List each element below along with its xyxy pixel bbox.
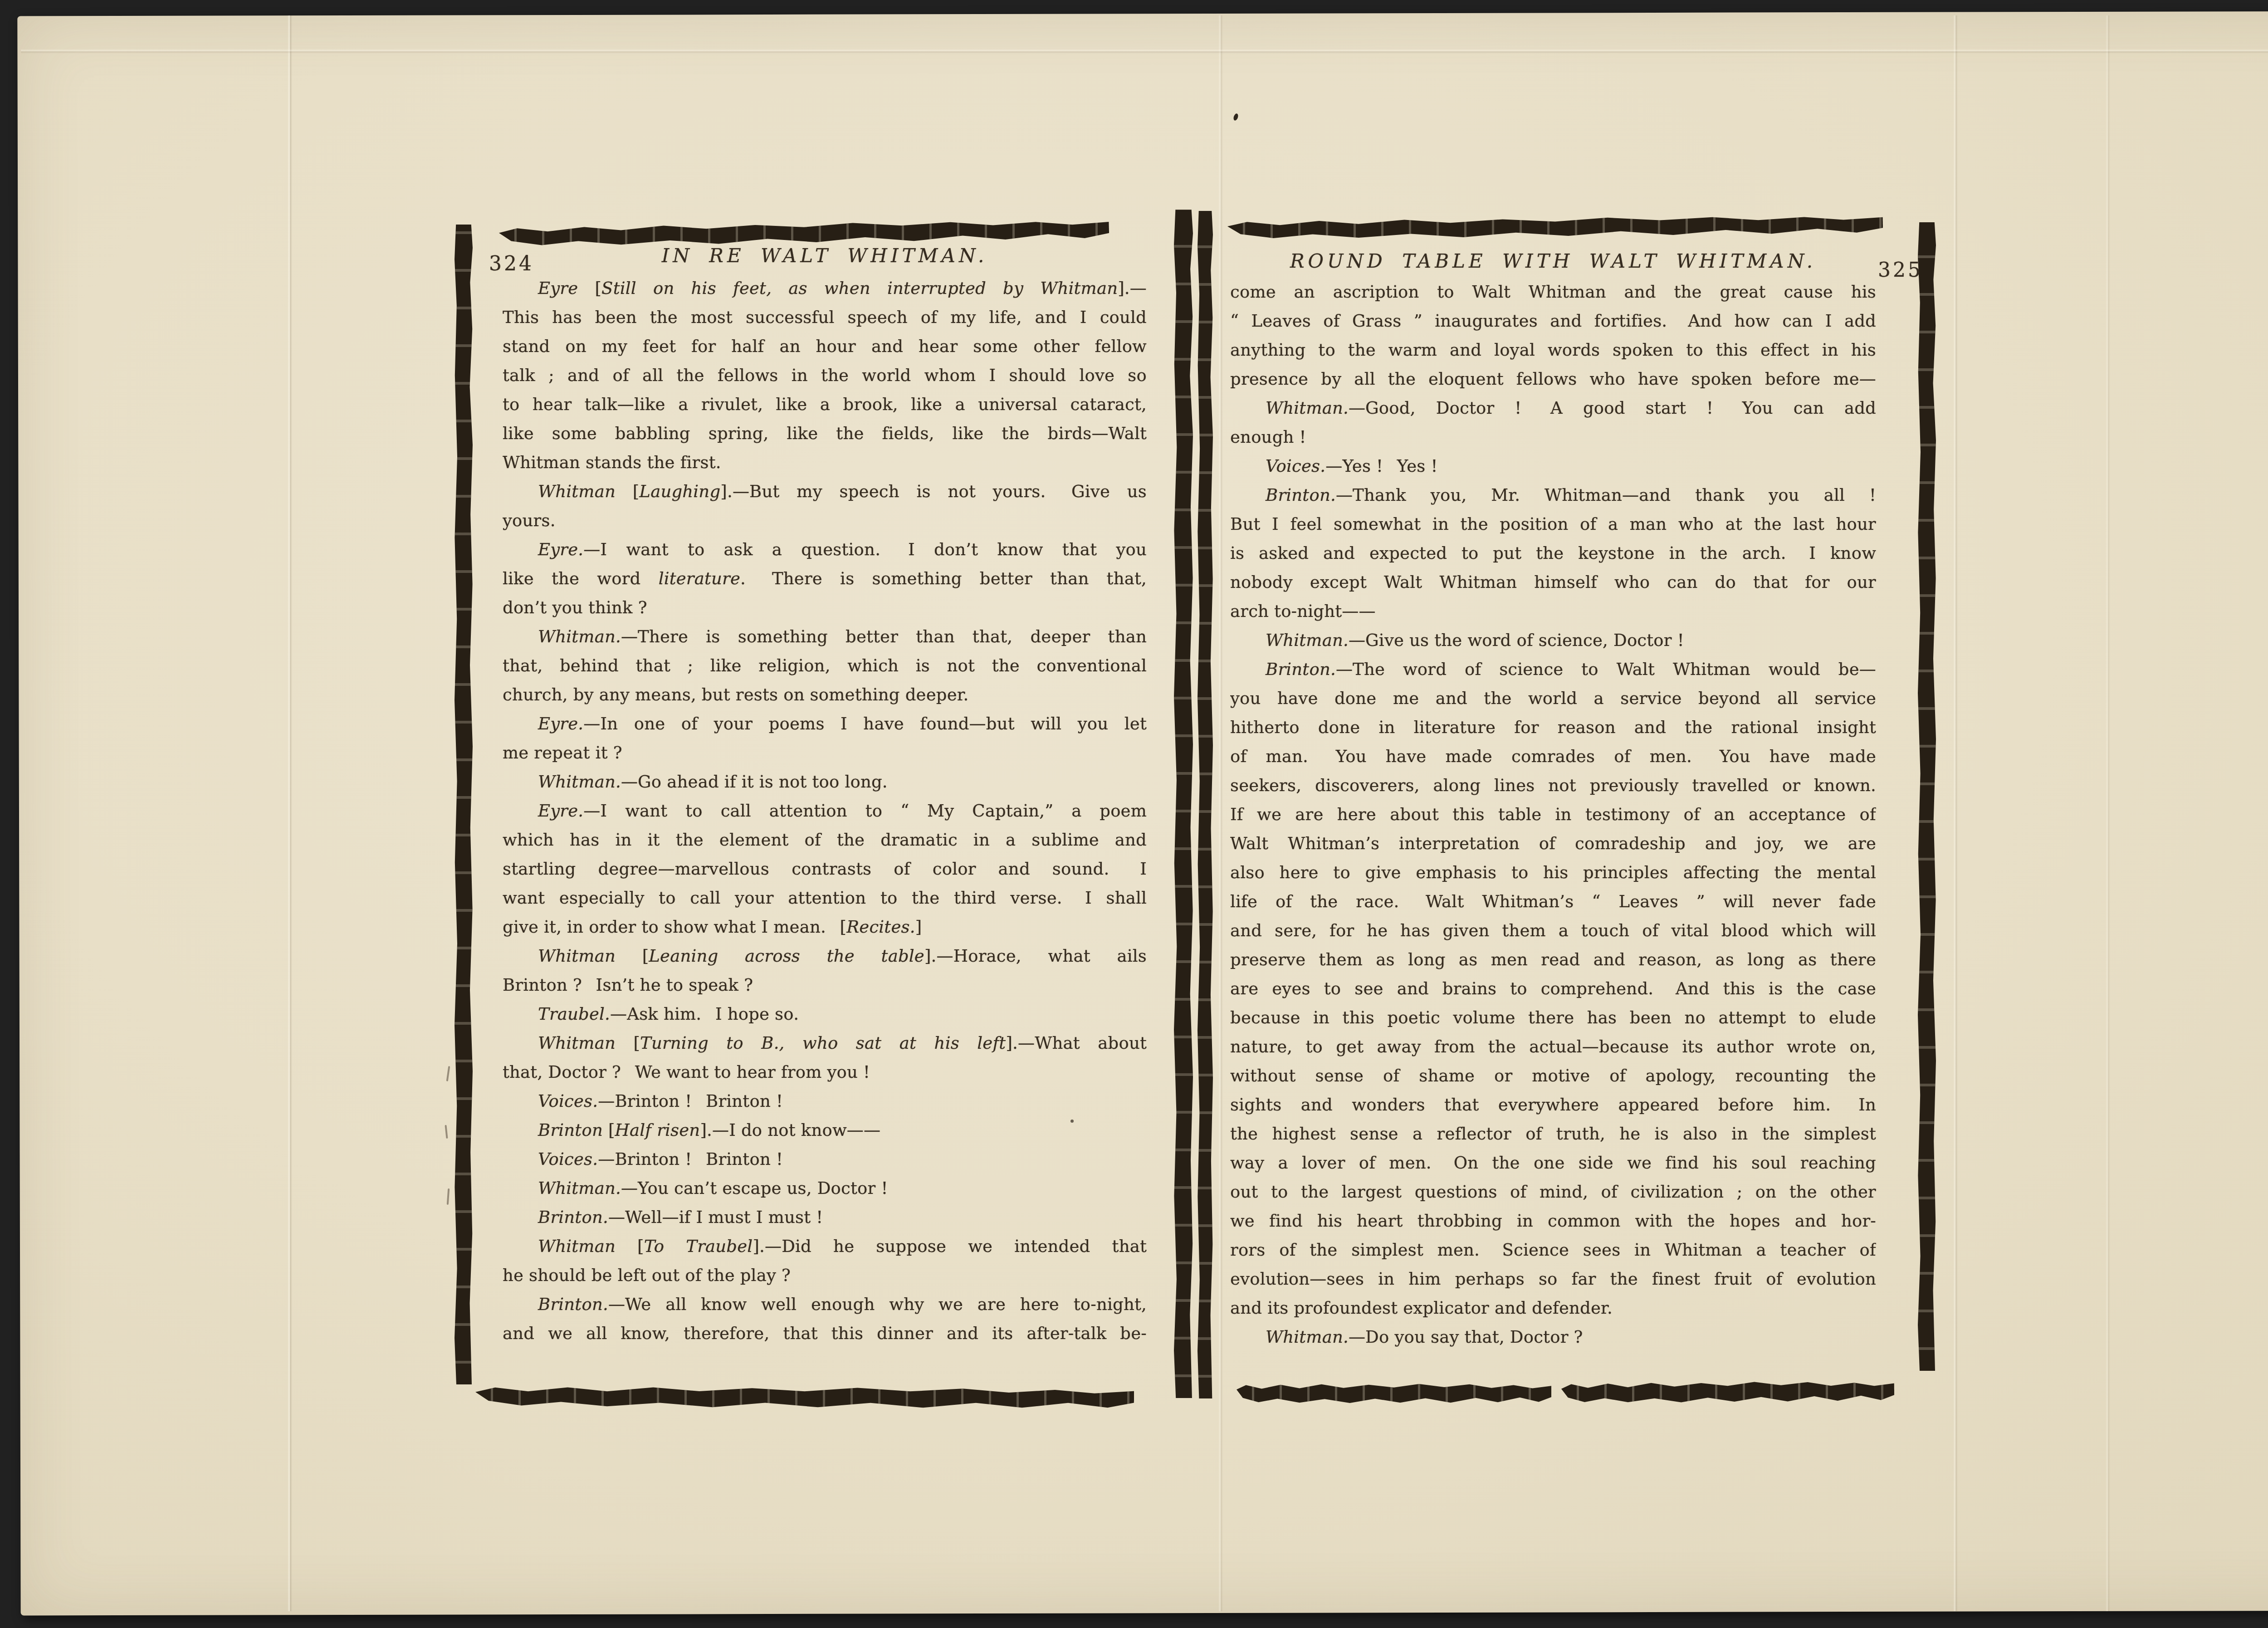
text-line: also here to give emphasis to his princi… [1230, 858, 1876, 887]
text-line: Voices.—Brinton ! Brinton ! [503, 1087, 1147, 1116]
text-line: Whitman [To Traubel].—Did he suppose we … [503, 1232, 1147, 1261]
text-line: Brinton.—We all know well enough why we … [503, 1290, 1147, 1319]
text-line: we find his heart throbbing in common wi… [1230, 1207, 1876, 1236]
text-line: want especially to call your attention t… [503, 884, 1147, 913]
text-line: presence by all the eloquent fellows who… [1230, 365, 1876, 394]
text-line: because in this poetic volume there has … [1230, 1003, 1876, 1032]
left-page-gutter-border-rule [1174, 210, 1193, 1398]
text-line: that, behind that ; like religion, which… [503, 651, 1147, 680]
text-line: If we are here about this table in testi… [1230, 800, 1876, 829]
text-line: Whitman.—Good, Doctor ! A good start ! Y… [1230, 394, 1876, 423]
text-line: you have done me and the world a service… [1230, 684, 1876, 713]
text-line: Whitman [Turning to B., who sat at his l… [503, 1029, 1147, 1058]
text-line: Walt Whitman’s interpretation of comrade… [1230, 829, 1876, 858]
text-line: way a lover of men. On the one side we f… [1230, 1149, 1876, 1178]
text-line: and sere, for he has given them a touch … [1230, 916, 1876, 945]
text-line: nobody except Walt Whitman himself who c… [1230, 568, 1876, 597]
right-page-text-column: come an ascription to Walt Whitman and t… [1230, 278, 1876, 1352]
text-line: Whitman.—You can’t escape us, Doctor ! [503, 1174, 1147, 1203]
right-page-right-border-rule [1918, 222, 1936, 1371]
text-line: out to the largest questions of mind, of… [1230, 1178, 1876, 1207]
text-line: that, Doctor ? We want to hear from you … [503, 1058, 1147, 1087]
text-line: startling degree—marvellous contrasts of… [503, 855, 1147, 884]
text-line: which has in it the element of the drama… [503, 826, 1147, 855]
scanned-book-photo: 324 IN RE WALT WHITMAN. ROUND TABLE WITH… [0, 0, 2268, 1628]
text-line: This has been the most successful speech… [503, 303, 1147, 332]
text-line: arch to-night—— [1230, 597, 1876, 626]
text-line: without sense of shame or motive of apol… [1230, 1061, 1876, 1090]
text-line: Eyre.—I want to call attention to “ My C… [503, 797, 1147, 826]
text-line: the highest sense a reflector of truth, … [1230, 1120, 1876, 1149]
text-line: to hear talk—like a rivulet, like a broo… [503, 390, 1147, 419]
text-line: Brinton.—Thank you, Mr. Whitman—and than… [1230, 481, 1876, 510]
text-line: and we all know, therefore, that this di… [503, 1319, 1147, 1348]
left-page-running-header: IN RE WALT WHITMAN. [503, 242, 1147, 269]
text-line: Traubel.—Ask him. I hope so. [503, 1000, 1147, 1029]
text-line: nature, to get away from the actual—beca… [1230, 1032, 1876, 1061]
text-line: is asked and expected to put the keyston… [1230, 539, 1876, 568]
text-line: preserve them as long as men read and re… [1230, 945, 1876, 974]
text-line: Brinton ? Isn’t he to speak ? [503, 971, 1147, 1000]
text-line: are eyes to see and brains to comprehend… [1230, 974, 1876, 1003]
text-line: Eyre.—I want to ask a question. I don’t … [503, 535, 1147, 564]
right-page-running-header: ROUND TABLE WITH WALT WHITMAN. [1230, 248, 1876, 275]
text-line: yours. [503, 506, 1147, 535]
text-line: of man. You have made comrades of men. Y… [1230, 742, 1876, 771]
text-line: Voices.—Yes ! Yes ! [1230, 452, 1876, 481]
right-page-gutter-border-rule [1198, 211, 1213, 1398]
text-line: Whitman [Leaning across the table].—Hora… [503, 942, 1147, 971]
text-line: church, by any means, but rests on somet… [503, 680, 1147, 709]
text-line: evolution—sees in him perhaps so far the… [1230, 1265, 1876, 1294]
text-line: like some babbling spring, like the fiel… [503, 419, 1147, 448]
text-line: don’t you think ? [503, 593, 1147, 622]
text-line: Brinton [Half risen].—I do not know—— [503, 1116, 1147, 1145]
text-line: like the word literature. There is somet… [503, 564, 1147, 593]
text-line: and its profoundest explicator and defen… [1230, 1294, 1876, 1323]
text-line: Whitman.—Give us the word of science, Do… [1230, 626, 1876, 655]
text-line: Whitman stands the first. [503, 448, 1147, 477]
text-line: Whitman [Laughing].—But my speech is not… [503, 477, 1147, 506]
text-line: Whitman.—There is something better than … [503, 622, 1147, 651]
text-line: me repeat it ? [503, 738, 1147, 768]
text-line: talk ; and of all the fellows in the wor… [503, 361, 1147, 390]
left-page-left-border-rule [455, 225, 473, 1384]
text-line: life of the race. Walt Whitman’s “ Leave… [1230, 887, 1876, 916]
text-line: Voices.—Brinton ! Brinton ! [503, 1145, 1147, 1174]
text-line: rors of the simplest men. Science sees i… [1230, 1236, 1876, 1265]
text-line: Brinton.—Well—if I must I must ! [503, 1203, 1147, 1232]
text-line: he should be left out of the play ? [503, 1261, 1147, 1290]
text-line: Eyre [Still on his feet, as when interru… [503, 274, 1147, 303]
text-line: give it, in order to show what I mean. [… [503, 913, 1147, 942]
text-line: But I feel somewhat in the position of a… [1230, 510, 1876, 539]
text-line: come an ascription to Walt Whitman and t… [1230, 278, 1876, 307]
text-line: “ Leaves of Grass ” inaugurates and fort… [1230, 307, 1876, 336]
right-page-number: 325 [1878, 257, 1923, 284]
left-page-text-column: Eyre [Still on his feet, as when interru… [503, 274, 1147, 1348]
text-line: Brinton.—The word of science to Walt Whi… [1230, 655, 1876, 684]
text-line: Whitman.—Go ahead if it is not too long. [503, 768, 1147, 797]
text-line: stand on my feet for half an hour and he… [503, 332, 1147, 361]
text-line: hitherto done in literature for reason a… [1230, 713, 1876, 742]
text-line: Eyre.—In one of your poems I have found—… [503, 709, 1147, 738]
text-line: sights and wonders that everywhere appea… [1230, 1090, 1876, 1120]
text-line: Whitman.—Do you say that, Doctor ? [1230, 1323, 1876, 1352]
text-line: enough ! [1230, 423, 1876, 452]
ink-speck [1070, 1120, 1074, 1123]
text-line: anything to the warm and loyal words spo… [1230, 336, 1876, 365]
text-line: seekers, discoverers, along lines not pr… [1230, 771, 1876, 800]
